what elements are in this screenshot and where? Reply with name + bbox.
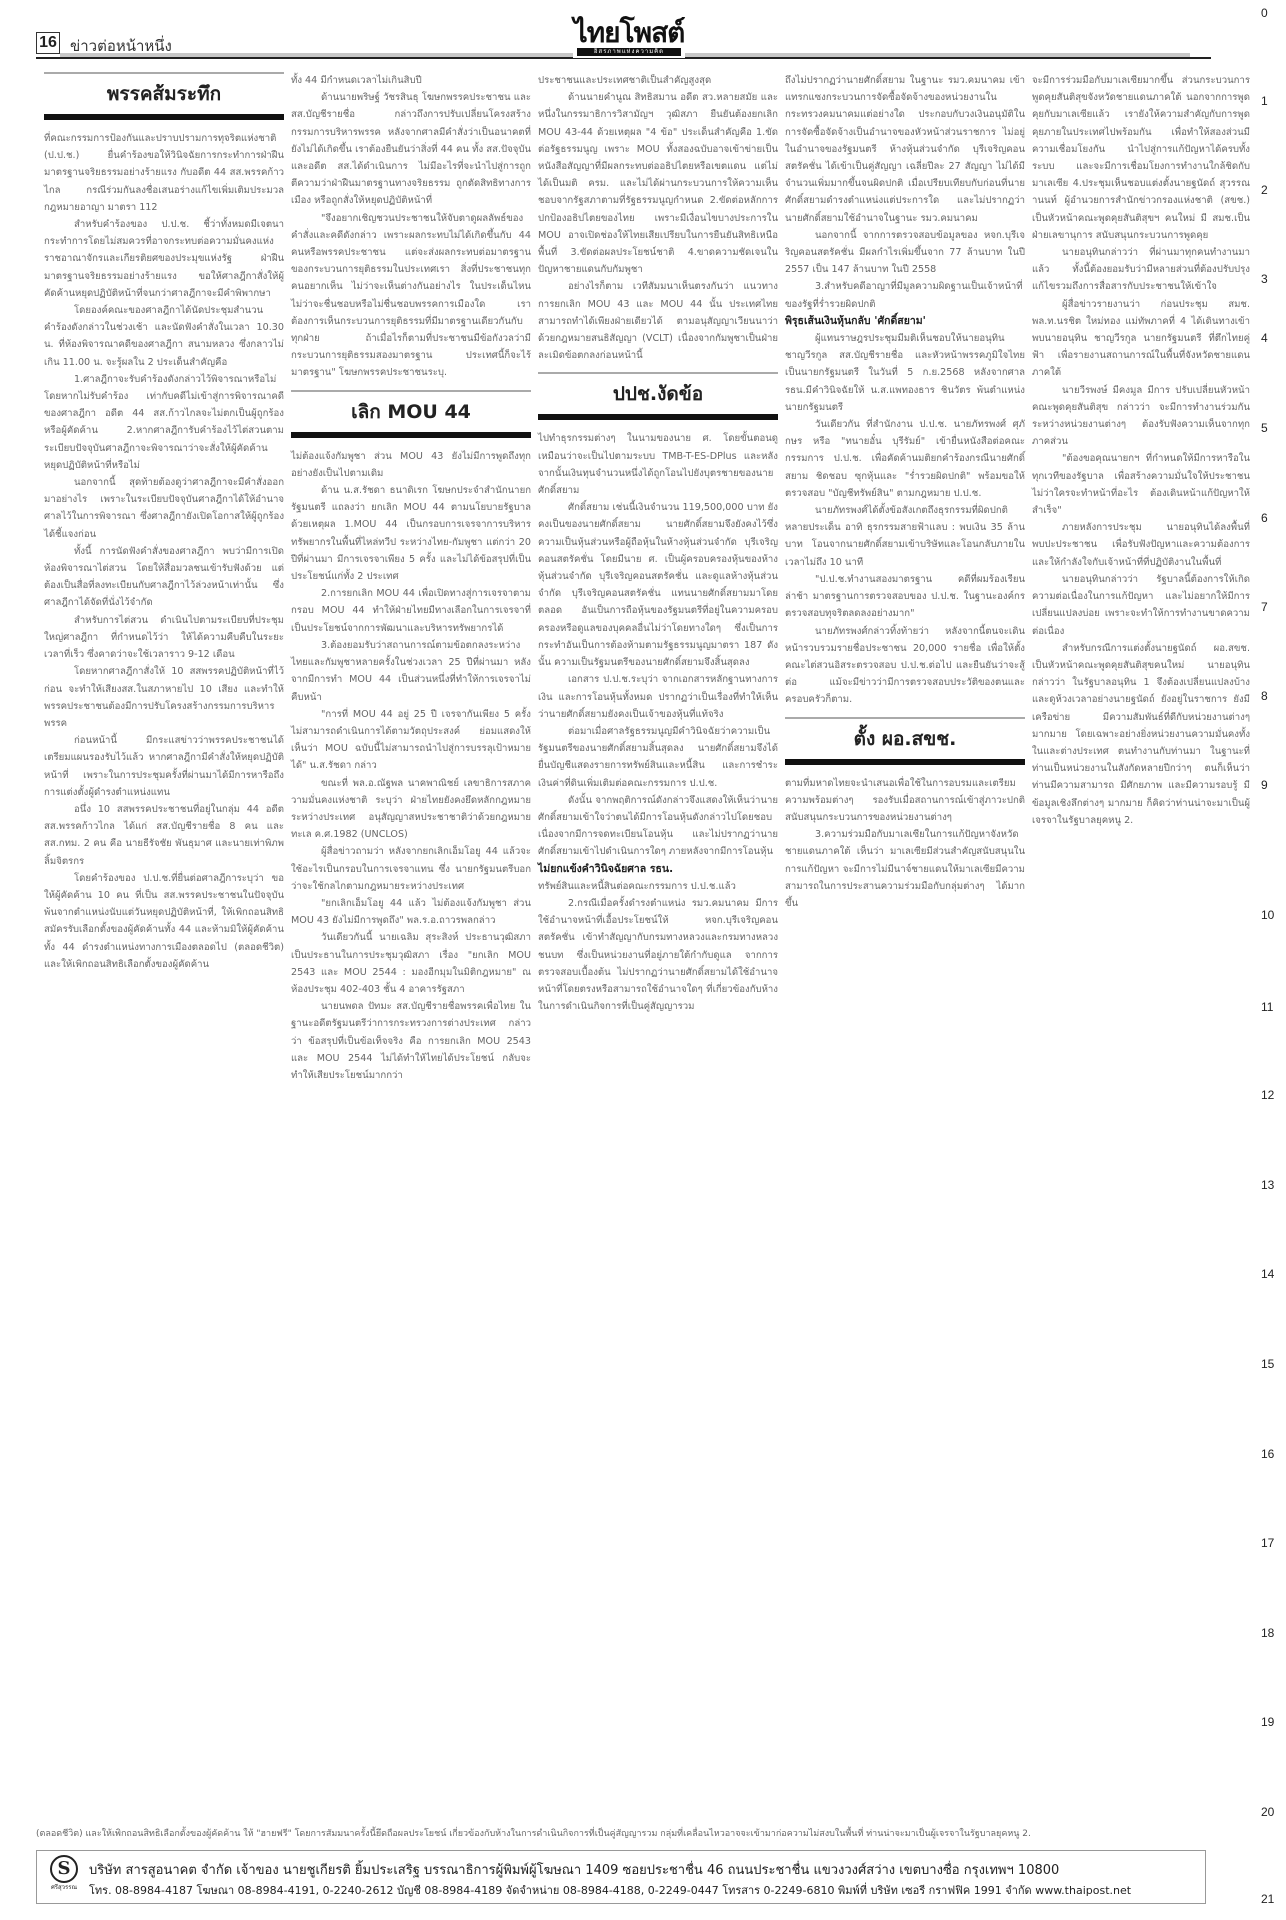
paragraph: ขณะที่ พล.อ.ณัฐพล นาคพาณิชย์ เลขาธิการสภ… — [291, 775, 531, 844]
publisher-contacts: โทร. 08-8984-4187 โฆษณา 08-8984-4191, 0-… — [89, 1881, 1131, 1899]
paragraph: ทั้งนี้ การนัดฟังคำสั่งของศาลฎีกา พบว่าม… — [44, 543, 284, 612]
publisher-address: บริษัท สารสูอนาคต จำกัด เจ้าของ นายชูเกี… — [89, 1859, 1059, 1880]
heading-appoint-director: ตั้ง ผอ.สขช. — [785, 725, 1025, 753]
paragraph: นายอนุทินกล่าวว่า รัฐบาลนี้ต้องการให้เกิ… — [1032, 571, 1250, 640]
paragraph: ถึงไม่ปรากฏว่านายศักดิ์สยาม ในฐานะ รมว.ค… — [785, 72, 1025, 227]
page-number: 16 — [36, 32, 60, 54]
paragraph: "ยกเลิกเอ็มโอยู 44 แล้ว ไม่ต้องแจ้งกัมพู… — [291, 895, 531, 929]
section-label: ข่าวต่อหน้าหนึ่ง — [70, 34, 172, 58]
margin-number: 12 — [1261, 1088, 1274, 1102]
footer-overflow-line: (ตลอดชีวิต) และให้เพิกถอนสิทธิเลือกตั้งข… — [36, 1826, 1211, 1840]
paragraph: "ป.ป.ช.ทำงานสองมาตรฐาน คดีที่ผมร้องเรียน… — [785, 571, 1025, 623]
paragraph: ต่อมาเมื่อศาลรัฐธรรมนูญมีคำวินิจฉัยว่าคว… — [538, 723, 778, 792]
paragraph: ตามที่มหาดไทยจะนำเสนอเพื่อใช้ในการอบรมแล… — [785, 775, 1025, 827]
margin-number: 4 — [1261, 331, 1268, 345]
article-column-3: ประชาชนและประเทศชาติเป็นสำคัญสูงสุด ด้าน… — [538, 72, 778, 1015]
paragraph: 3.ความร่วมมือกับมาเลเซียในการแก้ปัญหาจัง… — [785, 826, 1025, 912]
paragraph: โดยคำร้องของ ป.ป.ช.ที่ยื่นต่อศาลฎีการะบุ… — [44, 870, 284, 973]
publisher-imprint: S ศรีสุวรรณ บริษัท สารสูอนาคต จำกัด เจ้า… — [36, 1850, 1206, 1904]
paragraph: ภายหลังการประชุม นายอนุทินได้ลงพื้นที่พบ… — [1032, 519, 1250, 571]
article-column-5: จะมีการร่วมมือกับมาเลเซียมากขึ้น ส่วนกระ… — [1032, 72, 1250, 829]
paragraph: อนึ่ง 10 สสพรรคประชาชนที่อยู่ในกลุ่ม 44 … — [44, 801, 284, 870]
article-column-2: ทั้ง 44 มีกำหนดเวลาไม่เกินสิบปี ด้านนายพ… — [291, 72, 531, 1084]
margin-number: 16 — [1261, 1447, 1274, 1461]
paragraph: นายภัทรพงศ์ได้ตั้งข้อสังเกตถึงธุรกรรมที่… — [785, 502, 1025, 571]
swan-logo-icon: S — [50, 1855, 78, 1883]
paragraph: 1.ศาลฎีกาจะรับคำร้องดังกล่าวไว้พิจารณาหร… — [44, 371, 284, 474]
paragraph: ผู้สื่อข่าวรายงานว่า ก่อนประชุม สมช. พล.… — [1032, 296, 1250, 382]
sub-heading: ไม่ยกแข้งคำวินิจฉัยศาล รธน. — [538, 861, 778, 878]
section-heading: ปปช.งัดข้อ — [538, 372, 778, 420]
paragraph: ทั้ง 44 มีกำหนดเวลาไม่เกินสิบปี — [291, 72, 531, 89]
paragraph: 3.ต้องยอมรับว่าสถานการณ์ตามข้อตกลงระหว่า… — [291, 637, 531, 706]
margin-number: 1 — [1261, 94, 1268, 108]
paragraph: นายนพดล ปัทมะ สส.บัญชีรายชื่อพรรคเพื่อไท… — [291, 998, 531, 1084]
margin-number: 21 — [1261, 1892, 1274, 1906]
heading-party-orange: พรรคส้มระทึก — [44, 80, 284, 108]
heading-nacc-clash: ปปช.งัดข้อ — [538, 380, 778, 408]
section-heading: ตั้ง ผอ.สขช. — [785, 717, 1025, 765]
paragraph: นายวีรพงษ์ มีคงมูล มีการ ปรับเปลี่ยนหัวห… — [1032, 382, 1250, 451]
newspaper-logo: ไทยโพสต์ อิสรภาพแห่งความคิด — [573, 18, 685, 58]
paragraph: โดยองค์คณะของศาลฎีกาได้นัดประชุมสำนวนคำร… — [44, 302, 284, 371]
margin-number: 0 — [1261, 6, 1268, 20]
section-heading: เลิก MOU 44 — [291, 390, 531, 438]
margin-number: 10 — [1261, 908, 1274, 922]
margin-number: 6 — [1261, 511, 1268, 525]
paragraph: นอกจากนี้ สุดท้ายต้องดูว่าศาลฎีกาจะมีคำส… — [44, 474, 284, 543]
margin-number: 18 — [1261, 1626, 1274, 1640]
paragraph: "ต้องขอคุณนายกฯ ที่กำหนดให้มีการหารือในท… — [1032, 450, 1250, 519]
margin-number: 14 — [1261, 1267, 1274, 1281]
margin-number: 8 — [1261, 689, 1268, 703]
article-column-4: ถึงไม่ปรากฏว่านายศักดิ์สยาม ในฐานะ รมว.ค… — [785, 72, 1025, 912]
paragraph: ผู้สื่อข่าวถามว่า หลังจากยกเลิกเอ็มโอยู … — [291, 843, 531, 895]
paragraph: โดยหากศาลฎีกาสั่งให้ 10 สสพรรคปฏิบัติหน้… — [44, 663, 284, 732]
logo-caption: ศรีสุวรรณ — [47, 1883, 81, 1893]
heading-rule — [44, 114, 284, 120]
margin-number: 13 — [1261, 1178, 1274, 1192]
margin-number: 9 — [1261, 778, 1268, 792]
heading-rule — [785, 759, 1025, 765]
sub-heading: พิรุธเส้นเงินหุ้นกลับ 'ศักดิ์สยาม' — [785, 313, 1025, 330]
margin-number: 7 — [1261, 600, 1268, 614]
section-heading: พรรคส้มระทึก — [44, 72, 284, 120]
margin-number: 20 — [1261, 1805, 1274, 1819]
paragraph: ศักดิ์สยาม เช่นนี้เงินจำนวน 119,500,000 … — [538, 499, 778, 671]
paragraph: วันเดียวกัน ที่สำนักงาน ป.ป.ช. นายภัทรพง… — [785, 416, 1025, 502]
paragraph: ด้านนายคำนูณ สิทธิสมาน อดีต สว.หลายสมัย … — [538, 89, 778, 278]
paragraph: 2.กรณีเมื่อครั้งดำรงตำแหน่ง รมว.คมนาคม ม… — [538, 895, 778, 1015]
paragraph: ก่อนหน้านี้ มีกระแสข่าวว่าพรรคประชาชนได้… — [44, 732, 284, 801]
article-column-1: พรรคส้มระทึก ที่คณะกรรมการป้องกันและปราบ… — [44, 72, 284, 973]
paragraph: ดังนั้น จากพฤติการณ์ดังกล่าวจึงแสดงให้เห… — [538, 792, 778, 861]
paragraph: นายภัทรพงศ์กล่าวทิ้งท้ายว่า หลังจากนี้ตน… — [785, 623, 1025, 709]
heading-cancel-mou: เลิก MOU 44 — [291, 398, 531, 426]
margin-number: 19 — [1261, 1715, 1274, 1729]
publisher-logo: S ศรีสุวรรณ — [47, 1855, 81, 1899]
paragraph: วันเดียวกันนี้ นายเฉลิม สุระสิงห์ ประธาน… — [291, 929, 531, 998]
paragraph: 3.สำหรับคดีอาญาที่มีมูลความผิดฐานเป็นเจ้… — [785, 278, 1025, 312]
paragraph: ทรัพย์สินและหนี้สินต่อคณะกรรมการ ป.ป.ช.แ… — [538, 878, 778, 895]
paragraph: "จึงอยากเชิญชวนประชาชนให้จับตาดูผลลัพธ์ข… — [291, 210, 531, 382]
heading-rule — [538, 414, 778, 420]
margin-number: 17 — [1261, 1536, 1274, 1550]
paragraph: สำหรับกรณีการแต่งตั้งนายฐนัดถ์ ผอ.สขช. เ… — [1032, 640, 1250, 829]
paragraph: 2.การยกเลิก MOU 44 เพื่อเปิดทางสู่การเจร… — [291, 585, 531, 637]
paragraph: สำหรับการไต่สวน ดำเนินไปตามระเบียบที่ประ… — [44, 612, 284, 664]
paragraph: ไม่ต้องแจ้งกัมพูชา ส่วน MOU 43 ยังไม่มีก… — [291, 448, 531, 482]
paragraph: ไปทำธุรกรรมต่างๆ ในนามของนาย ศ. โดยขั้นต… — [538, 430, 778, 499]
paragraph: อย่างไรก็ตาม เวทีสัมมนาเห็นตรงกันว่า แนว… — [538, 278, 778, 364]
paragraph: จะมีการร่วมมือกับมาเลเซียมากขึ้น ส่วนกระ… — [1032, 72, 1250, 244]
logo-subtext: อิสรภาพแห่งความคิด — [577, 48, 681, 56]
margin-number: 11 — [1261, 1000, 1273, 1014]
margin-number: 5 — [1261, 421, 1268, 435]
margin-line-numbers: 0 1 2 3 4 5 6 7 8 9 10 11 12 13 14 15 16… — [1255, 0, 1286, 1920]
paragraph: สำหรับคำร้องของ ป.ป.ช. ชี้ว่าทั้งหมดมีเจ… — [44, 216, 284, 302]
paragraph: ประชาชนและประเทศชาติเป็นสำคัญสูงสุด — [538, 72, 778, 89]
paragraph: เอกสาร ป.ป.ช.ระบุว่า จากเอกสารหลักฐานทาง… — [538, 671, 778, 723]
heading-rule — [291, 432, 531, 438]
paragraph: ผู้แทนราษฎรประชุมมีมติเห็นชอบให้นายอนุทิ… — [785, 330, 1025, 416]
paragraph: ที่คณะกรรมการป้องกันและปราบปรามการทุจริต… — [44, 130, 284, 216]
page-header: 16 ข่าวต่อหน้าหนึ่ง ไทยโพสต์ อิสรภาพแห่ง… — [36, 18, 1211, 58]
margin-number: 15 — [1261, 1357, 1274, 1371]
paragraph: ด้าน น.ส.รัชดา ธนาดิเรก โฆษกประจำสำนักนา… — [291, 482, 531, 585]
paragraph: "การที่ MOU 44 อยู่ 25 ปี เจรจากันเพียง … — [291, 706, 531, 775]
paragraph: ด้านนายพริษฐ์ วัชรสินธุ โฆษกพรรคประชาชน … — [291, 89, 531, 209]
paragraph: นอกจากนี้ จากการตรวจสอบข้อมูลของ หจก.บุร… — [785, 227, 1025, 279]
margin-number: 3 — [1261, 272, 1268, 286]
margin-number: 2 — [1261, 183, 1268, 197]
logo-text: ไทยโพสต์ — [573, 18, 685, 48]
paragraph: นายอนุทินกล่าวว่า ที่ผ่านมาทุกคนทำงานมาแ… — [1032, 244, 1250, 296]
